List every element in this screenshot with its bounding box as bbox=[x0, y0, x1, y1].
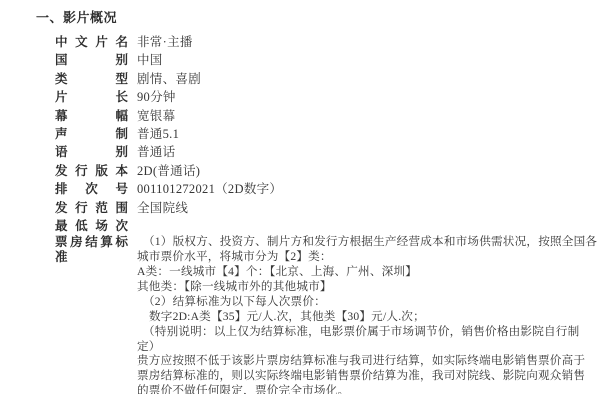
settlement-line: （2）结算标准为以下每人次票价： bbox=[137, 295, 597, 310]
field-label: 幕幅 bbox=[55, 107, 128, 125]
settlement-line: 其他类：【除一线城市外的其他城市】 bbox=[137, 280, 597, 295]
settlement-line: 贵方应按照不低于该影片票房结算标准与我司进行结算，如实际终端电影销售票价高于 bbox=[137, 354, 597, 369]
settlement-standard-row: 票房结算标准 （1）版权方、投资方、制片方和发行方根据生产经营成本和市场供需状况… bbox=[55, 235, 597, 394]
settlement-line: 城市票价水平，将城市分为【2】类： bbox=[137, 250, 597, 265]
field-row-release-scope: 发行范围全国院线 bbox=[55, 199, 597, 217]
field-label: 发行版本 bbox=[55, 162, 128, 180]
settlement-paragraph: （1）版权方、投资方、制片方和发行方根据生产经营成本和市场供需状况，按照全国各 … bbox=[137, 235, 597, 394]
field-row-serial-number: 排次号001101272021（2D数字） bbox=[55, 180, 597, 198]
field-label: 中文片名 bbox=[55, 33, 128, 51]
field-value: 中国 bbox=[137, 51, 163, 69]
settlement-line: 数字2D:A类【35】元/人.次，其他类【30】元/人.次； bbox=[137, 310, 597, 325]
settlement-line: A类：一线城市【4】个：【北京、上海、广州、深圳】 bbox=[137, 265, 597, 280]
field-value: 宽银幕 bbox=[137, 107, 175, 125]
field-label: 片长 bbox=[55, 88, 128, 106]
field-label: 发行范围 bbox=[55, 199, 128, 217]
field-label: 语别 bbox=[55, 143, 128, 161]
field-value: 非常·主播 bbox=[137, 33, 193, 51]
field-value: 90分钟 bbox=[137, 88, 176, 106]
field-label: 最低场次 bbox=[55, 217, 128, 235]
field-row-language: 语别普通话 bbox=[55, 143, 597, 161]
field-label: 类型 bbox=[55, 70, 128, 88]
field-value: 全国院线 bbox=[137, 199, 188, 217]
field-value: 普通5.1 bbox=[137, 125, 179, 143]
field-label: 国别 bbox=[55, 51, 128, 69]
field-row-minimum-screenings: 最低场次 bbox=[55, 217, 597, 235]
field-label: 声制 bbox=[55, 125, 128, 143]
field-row-genre: 类型剧情、喜剧 bbox=[55, 70, 597, 88]
field-value: 2D(普通话) bbox=[137, 162, 200, 180]
section-title: 一、影片概况 bbox=[36, 7, 117, 26]
field-row-chinese-title: 中文片名非常·主播 bbox=[55, 33, 597, 51]
settlement-line: 定） bbox=[137, 340, 597, 355]
field-row-sound: 声制普通5.1 bbox=[55, 125, 597, 143]
document-page: { "doc": { "section_title": "一、影片概况" }, … bbox=[0, 0, 600, 394]
field-label: 排次号 bbox=[55, 180, 128, 198]
settlement-line: （1）版权方、投资方、制片方和发行方根据生产经营成本和市场供需状况，按照全国各 bbox=[137, 235, 597, 250]
settlement-label: 票房结算标准 bbox=[55, 235, 128, 265]
settlement-line: 的票价不做任何限定，票价完全市场化。 bbox=[137, 384, 597, 394]
field-row-runtime: 片长90分钟 bbox=[55, 88, 597, 106]
field-row-country: 国别中国 bbox=[55, 51, 597, 69]
settlement-line: 票房结算标准的，则以实际终端电影销售票价结算为准，我司对院线、影院向观众销售 bbox=[137, 369, 597, 384]
field-value: 001101272021（2D数字） bbox=[137, 180, 282, 198]
field-value: 普通话 bbox=[137, 143, 175, 161]
field-row-screen-format: 幕幅宽银幕 bbox=[55, 107, 597, 125]
film-fields: 中文片名非常·主播 国别中国 类型剧情、喜剧 片长90分钟 幕幅宽银幕 声制普通… bbox=[55, 33, 597, 394]
settlement-line: （特别说明：以上仅为结算标准，电影票价属于市场调节价，销售价格由影院自行制 bbox=[137, 325, 597, 340]
field-row-release-version: 发行版本2D(普通话) bbox=[55, 162, 597, 180]
field-value: 剧情、喜剧 bbox=[137, 70, 201, 88]
